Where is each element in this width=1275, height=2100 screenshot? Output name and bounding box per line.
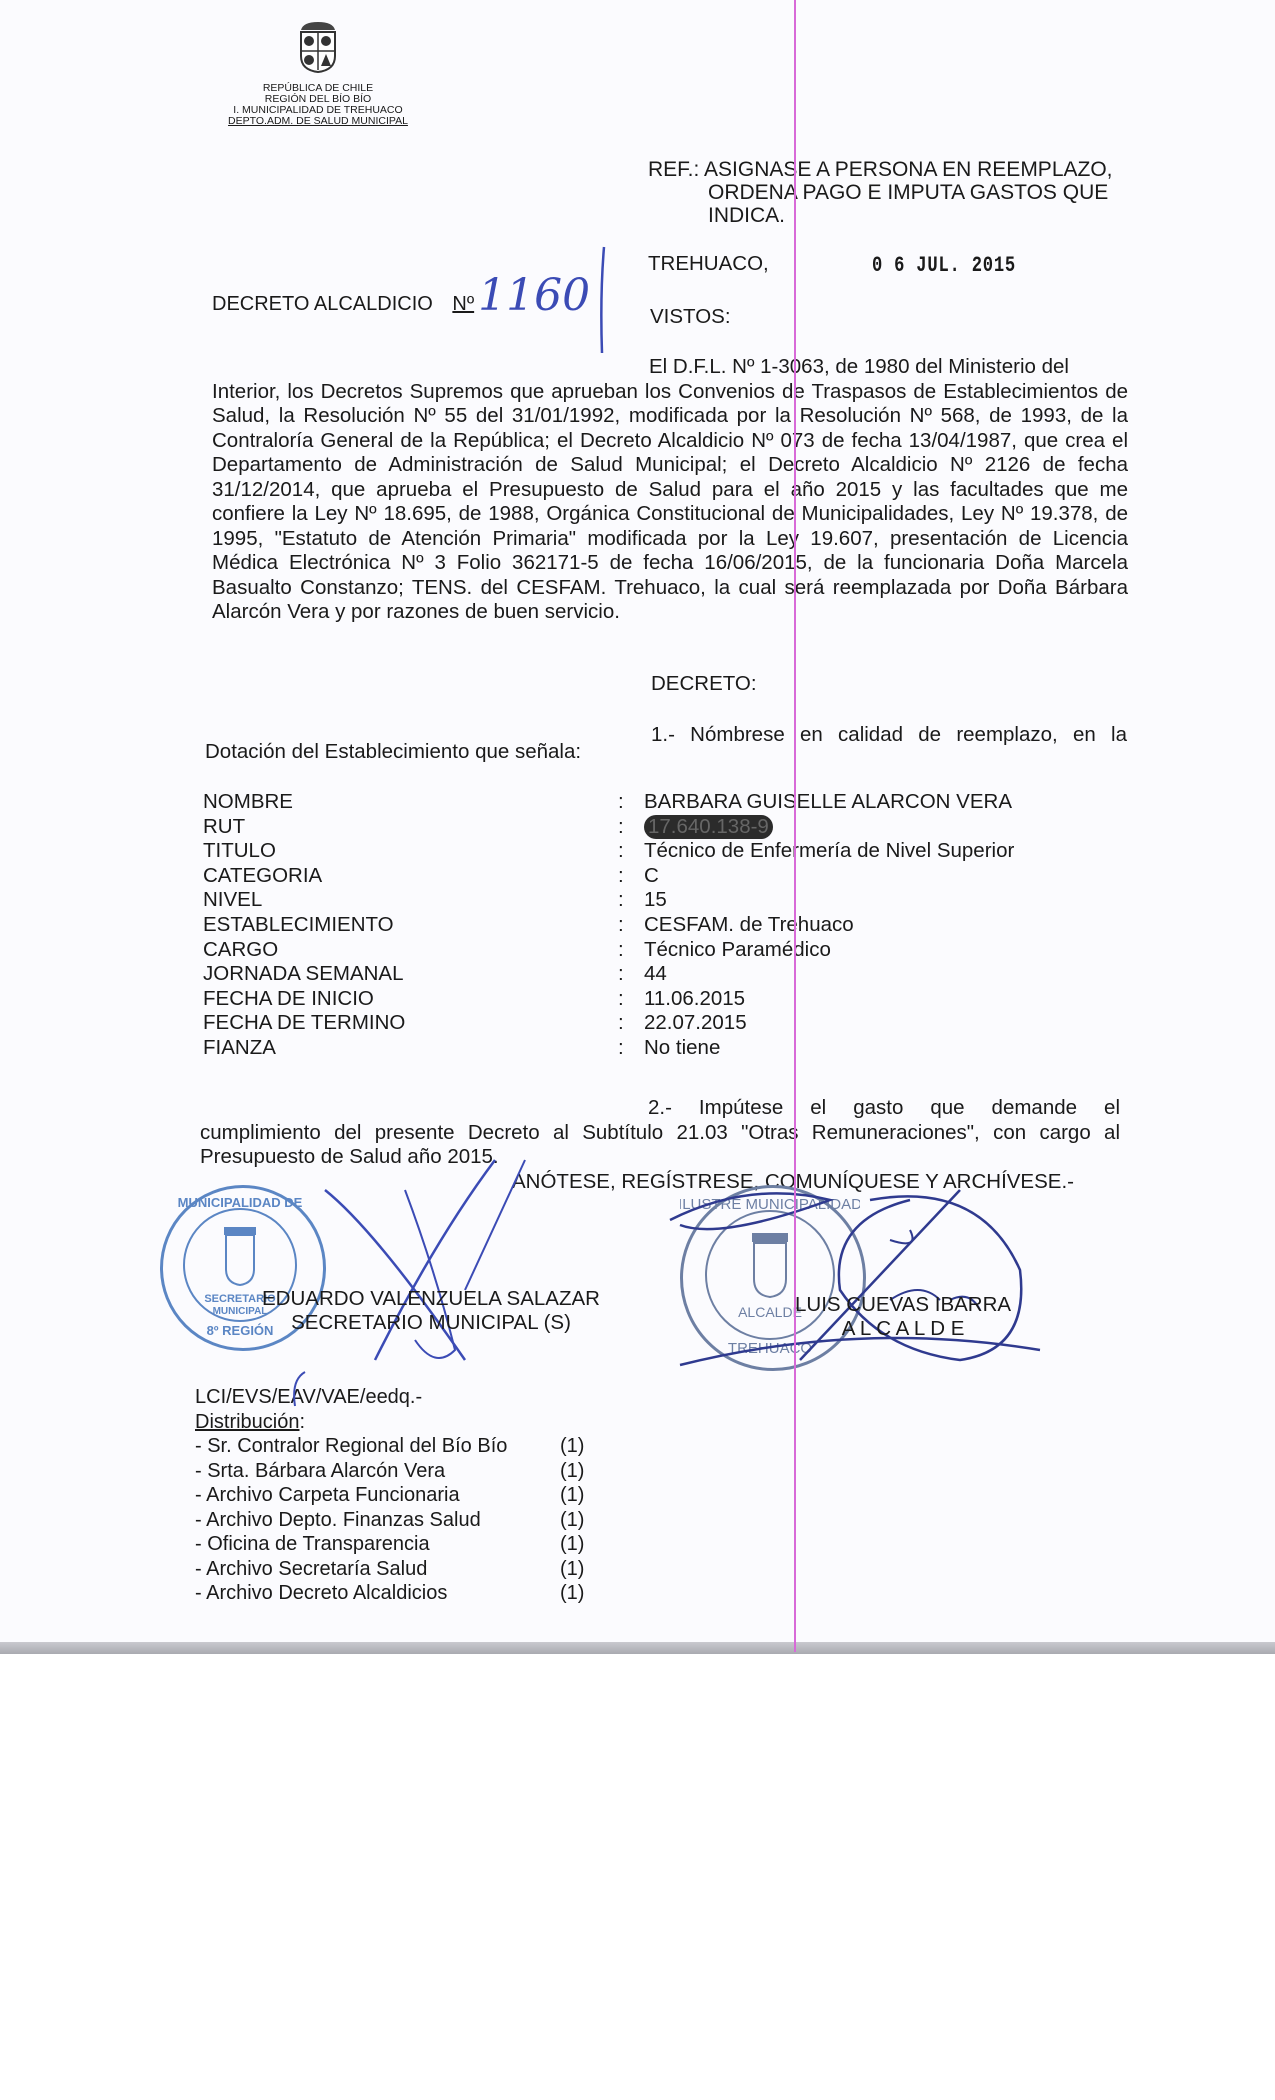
- field-row-cargo: CARGO:Técnico Paramédico: [203, 938, 1014, 963]
- field-value: 11.06.2015: [644, 987, 745, 1012]
- field-value: Técnico de Enfermería de Nivel Superior: [644, 839, 1014, 864]
- field-value: BARBARA GUISELLE ALARCON VERA: [644, 790, 1012, 815]
- field-value: C: [644, 864, 659, 889]
- vistos-first-line: El D.F.L. Nº 1-3063, de 1980 del Ministe…: [212, 355, 1128, 380]
- field-value: No tiene: [644, 1036, 720, 1061]
- field-value: 22.07.2015: [644, 1011, 747, 1036]
- distribution-item: - Archivo Decreto Alcaldicios(1): [195, 1581, 584, 1606]
- distribution-count: (1): [560, 1483, 584, 1508]
- distribution-label: - Archivo Decreto Alcaldicios: [195, 1581, 560, 1606]
- field-value: CESFAM. de Trehuaco: [644, 913, 854, 938]
- date-stamp: 0 6 JUL. 2015: [872, 253, 1016, 278]
- field-row-rut: RUT:17.640.138-9: [203, 815, 1014, 840]
- mayor-name: LUIS CUEVAS IBARRA: [795, 1293, 1011, 1317]
- page-edge-shadow: [0, 1642, 1275, 1654]
- distribution-count: (1): [560, 1532, 584, 1557]
- distribution-item: - Archivo Depto. Finanzas Salud(1): [195, 1508, 584, 1533]
- field-label: ESTABLECIMIENTO: [203, 913, 618, 938]
- reference-block: REF.: ASIGNASE A PERSONA EN REEMPLAZO, O…: [648, 158, 1113, 227]
- field-row-fianza: FIANZA:No tiene: [203, 1036, 1014, 1061]
- distribution-item: - Archivo Carpeta Funcionaria(1): [195, 1483, 584, 1508]
- field-row-nivel: NIVEL:15: [203, 888, 1014, 913]
- distribution-label: - Sr. Contralor Regional del Bío Bío: [195, 1434, 560, 1459]
- field-value: Técnico Paramédico: [644, 938, 831, 963]
- field-label: FIANZA: [203, 1036, 618, 1061]
- decreto-title: DECRETO:: [651, 672, 757, 696]
- institution-header: REPÚBLICA DE CHILE REGIÓN DEL BÍO BÍO I.…: [198, 20, 438, 127]
- coat-of-arms-icon: [295, 20, 341, 74]
- handwritten-number: 1160: [478, 270, 590, 321]
- distribution-count: (1): [560, 1508, 584, 1533]
- vistos-text: Interior, los Decretos Supremos que apru…: [212, 380, 1128, 625]
- secretary-role: SECRETARIO MUNICIPAL (S): [262, 1311, 600, 1335]
- mayor-signature-block: LUIS CUEVAS IBARRA A L C A L D E: [795, 1293, 1011, 1341]
- distribution-label: - Archivo Depto. Finanzas Salud: [195, 1508, 560, 1533]
- distribution-title: Distribución: [195, 1411, 299, 1433]
- svg-text:MUNICIPALIDAD DE: MUNICIPALIDAD DE: [178, 1195, 303, 1210]
- field-label: FECHA DE INICIO: [203, 987, 618, 1012]
- decree-number: DECRETO ALCALDICIO Nº1160: [212, 270, 590, 321]
- mayor-role: A L C A L D E: [795, 1317, 1011, 1341]
- distribution-item: - Archivo Secretaría Salud(1): [195, 1557, 584, 1582]
- field-row-categoria: CATEGORIA:C: [203, 864, 1014, 889]
- field-row-fecha-inicio: FECHA DE INICIO:11.06.2015: [203, 987, 1014, 1012]
- distribution-label: - Archivo Secretaría Salud: [195, 1557, 560, 1582]
- field-label: TITULO: [203, 839, 618, 864]
- initials: LCI/EVS/EAV/VAE/eedq.-: [195, 1385, 584, 1410]
- margin-line: [794, 0, 796, 1652]
- field-value: 15: [644, 888, 667, 913]
- distribution-count: (1): [560, 1557, 584, 1582]
- point-2-lead: 2.- Impútese el gasto que demande el: [200, 1096, 1120, 1121]
- distribution-item: - Sr. Contralor Regional del Bío Bío(1): [195, 1434, 584, 1459]
- field-value: 44: [644, 962, 667, 987]
- distribution-label: - Oficina de Transparencia: [195, 1532, 560, 1557]
- field-label: RUT: [203, 815, 618, 840]
- secretary-name: EDUARDO VALENZUELA SALAZAR: [262, 1287, 600, 1311]
- handwritten-stroke-icon: [592, 245, 612, 355]
- number-label: Nº: [452, 293, 474, 315]
- place: TREHUACO,: [648, 252, 769, 276]
- field-label: NOMBRE: [203, 790, 618, 815]
- field-label: FECHA DE TERMINO: [203, 1011, 618, 1036]
- appointment-fields: NOMBRE:BARBARA GUISELLE ALARCON VERA RUT…: [203, 790, 1014, 1061]
- distribution-count: (1): [560, 1581, 584, 1606]
- field-row-fecha-termino: FECHA DE TERMINO:22.07.2015: [203, 1011, 1014, 1036]
- distribution-label: - Srta. Bárbara Alarcón Vera: [195, 1459, 560, 1484]
- field-label: NIVEL: [203, 888, 618, 913]
- distribution-block: LCI/EVS/EAV/VAE/eedq.- Distribución: - S…: [195, 1385, 584, 1606]
- field-row-nombre: NOMBRE:BARBARA GUISELLE ALARCON VERA: [203, 790, 1014, 815]
- ref-line: INDICA.: [648, 204, 1113, 227]
- field-row-titulo: TITULO:Técnico de Enfermería de Nivel Su…: [203, 839, 1014, 864]
- ref-label: REF.:: [648, 158, 699, 181]
- header-line: DEPTO.ADM. DE SALUD MUNICIPAL: [198, 116, 438, 127]
- vistos-title: VISTOS:: [650, 305, 731, 329]
- distribution-item: - Oficina de Transparencia(1): [195, 1532, 584, 1557]
- field-row-establecimiento: ESTABLECIMIENTO:CESFAM. de Trehuaco: [203, 913, 1014, 938]
- field-label: CATEGORIA: [203, 864, 618, 889]
- field-row-jornada: JORNADA SEMANAL:44: [203, 962, 1014, 987]
- secretary-signature-icon: [315, 1150, 545, 1380]
- redacted-value: 17.640.138-9: [644, 815, 773, 840]
- mayor-signature-icon: [660, 1180, 1050, 1380]
- secretary-signature-block: EDUARDO VALENZUELA SALAZAR SECRETARIO MU…: [262, 1287, 600, 1335]
- handwritten-mark-icon: [285, 1370, 315, 1410]
- field-label: CARGO: [203, 938, 618, 963]
- ref-line: ORDENA PAGO E IMPUTA GASTOS QUE: [648, 181, 1113, 204]
- distribution-label: - Archivo Carpeta Funcionaria: [195, 1483, 560, 1508]
- vistos-paragraph: El D.F.L. Nº 1-3063, de 1980 del Ministe…: [212, 355, 1128, 625]
- decree-title: DECRETO ALCALDICIO: [212, 293, 433, 315]
- ref-line: ASIGNASE A PERSONA EN REEMPLAZO,: [704, 158, 1112, 181]
- point-1-cont: Dotación del Establecimiento que señala:: [205, 740, 581, 764]
- field-label: JORNADA SEMANAL: [203, 962, 618, 987]
- distribution-item: - Srta. Bárbara Alarcón Vera(1): [195, 1459, 584, 1484]
- svg-text:MUNICIPAL: MUNICIPAL: [213, 1306, 268, 1317]
- distribution-count: (1): [560, 1459, 584, 1484]
- distribution-count: (1): [560, 1434, 584, 1459]
- point-1-lead: 1.- Nómbrese en calidad de reemplazo, en…: [651, 723, 1127, 747]
